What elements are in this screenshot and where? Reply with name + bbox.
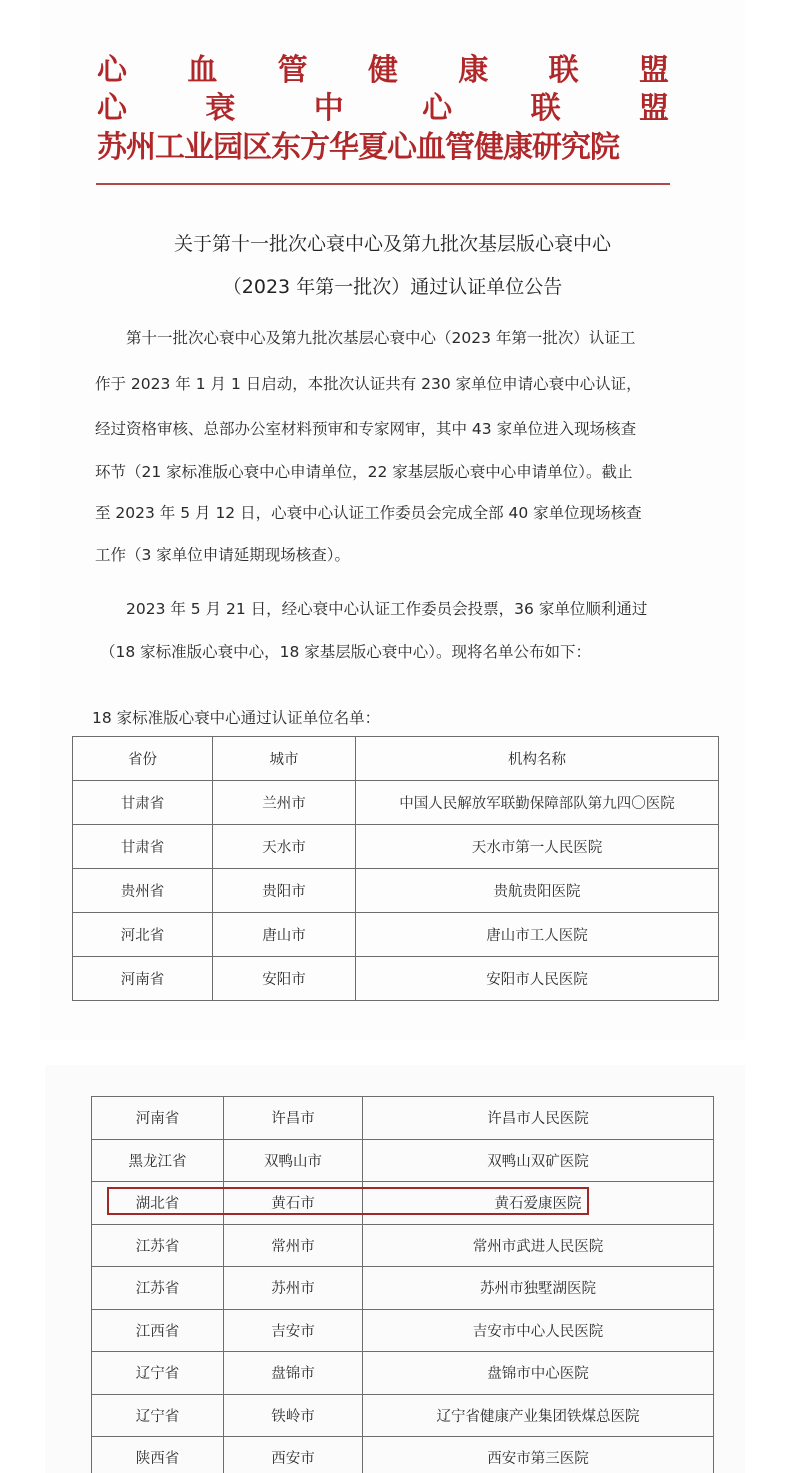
table-row: 甘肃省 天水市 天水市第一人民医院 — [73, 825, 719, 869]
table-row: 辽宁省 盘锦市 盘锦市中心医院 — [92, 1352, 714, 1395]
table-row: 江西省 吉安市 吉安市中心人民医院 — [92, 1309, 714, 1352]
table-row: 河北省 唐山市 唐山市工人医院 — [73, 913, 719, 957]
certified-units-table: 省份 城市 机构名称 甘肃省 兰州市 中国人民解放军联勤保障部队第九四〇医院 甘… — [72, 736, 719, 1001]
paragraph-2-line: 2023 年 5 月 21 日，经心衰中心认证工作委员会投票，36 家单位顺利通… — [95, 597, 675, 619]
table-row: 陕西省 西安市 西安市第三医院 — [92, 1437, 714, 1473]
letterhead-char: 心 — [97, 92, 127, 126]
certified-units-table-continued: 河南省 许昌市 许昌市人民医院 黑龙江省 双鸭山市 双鸭山双矿医院 湖北省 黄石… — [91, 1096, 714, 1473]
cell-province: 河南省 — [73, 957, 213, 1001]
cell-province: 河南省 — [92, 1097, 224, 1140]
cell-city: 常州市 — [224, 1224, 363, 1267]
paragraph-1-line: 作于 2023 年 1 月 1 日启动，本批次认证共有 230 家单位申请心衰中… — [95, 372, 675, 394]
cell-city: 唐山市 — [213, 913, 356, 957]
table-row: 贵州省 贵阳市 贵航贵阳医院 — [73, 869, 719, 913]
cell-institution: 西安市第三医院 — [363, 1437, 714, 1473]
paragraph-1-line: 环节（21 家标准版心衰中心申请单位，22 家基层版心衰中心申请单位）。截止 — [95, 460, 675, 482]
cell-city: 兰州市 — [213, 781, 356, 825]
letterhead-line-1: 心 血 管 健 康 联 盟 — [97, 54, 669, 88]
letterhead-char: 联 — [549, 54, 579, 88]
paragraph-1-line: 工作（3 家单位申请延期现场核查）。 — [95, 543, 675, 565]
cell-institution: 常州市武进人民医院 — [363, 1224, 714, 1267]
cell-province: 辽宁省 — [92, 1352, 224, 1395]
letterhead-char: 管 — [278, 54, 308, 88]
paragraph-1-line: 经过资格审核、总部办公室材料预审和专家网审，其中 43 家单位进入现场核查 — [95, 417, 675, 439]
cell-city: 双鸭山市 — [224, 1139, 363, 1182]
letterhead-char: 联 — [531, 92, 561, 126]
cell-institution: 许昌市人民医院 — [363, 1097, 714, 1140]
header-institution: 机构名称 — [356, 737, 719, 781]
letterhead-divider — [96, 183, 670, 185]
letterhead-char: 盟 — [639, 54, 669, 88]
table-row: 江苏省 苏州市 苏州市独墅湖医院 — [92, 1267, 714, 1310]
highlight-annotation-box — [107, 1187, 589, 1215]
cell-institution: 中国人民解放军联勤保障部队第九四〇医院 — [356, 781, 719, 825]
header-province: 省份 — [73, 737, 213, 781]
cell-city: 天水市 — [213, 825, 356, 869]
table-header-row: 省份 城市 机构名称 — [73, 737, 719, 781]
paragraph-1-line: 第十一批次心衰中心及第九批次基层心衰中心（2023 年第一批次）认证工 — [95, 326, 675, 348]
cell-province: 贵州省 — [73, 869, 213, 913]
table-row: 黑龙江省 双鸭山市 双鸭山双矿医院 — [92, 1139, 714, 1182]
cell-province: 江西省 — [92, 1309, 224, 1352]
cell-institution: 贵航贵阳医院 — [356, 869, 719, 913]
cell-institution: 安阳市人民医院 — [356, 957, 719, 1001]
cell-province: 江苏省 — [92, 1224, 224, 1267]
cell-institution: 双鸭山双矿医院 — [363, 1139, 714, 1182]
letterhead-char: 心 — [422, 92, 452, 126]
letterhead-char: 健 — [368, 54, 398, 88]
list-caption: 18 家标准版心衰中心通过认证单位名单： — [92, 706, 380, 728]
table-row: 甘肃省 兰州市 中国人民解放军联勤保障部队第九四〇医院 — [73, 781, 719, 825]
document-title-line-1: 关于第十一批次心衰中心及第九批次基层版心衰中心 — [0, 229, 785, 256]
letterhead-char: 康 — [458, 54, 488, 88]
cell-city: 吉安市 — [224, 1309, 363, 1352]
letterhead-char: 盟 — [639, 92, 669, 126]
cell-province: 甘肃省 — [73, 825, 213, 869]
paragraph-2-line: （18 家标准版心衰中心，18 家基层版心衰中心）。现将名单公布如下： — [100, 640, 680, 662]
letterhead-line-3: 苏州工业园区东方华夏心血管健康研究院 — [97, 131, 669, 165]
cell-province: 陕西省 — [92, 1437, 224, 1473]
letterhead-line-2: 心 衰 中 心 联 盟 — [97, 92, 669, 126]
letterhead-char: 心 — [97, 54, 127, 88]
cell-city: 西安市 — [224, 1437, 363, 1473]
cell-institution: 盘锦市中心医院 — [363, 1352, 714, 1395]
table-row: 河南省 安阳市 安阳市人民医院 — [73, 957, 719, 1001]
letterhead-char: 血 — [187, 54, 217, 88]
paragraph-1-line: 至 2023 年 5 月 12 日，心衰中心认证工作委员会完成全部 40 家单位… — [95, 501, 675, 523]
table-row: 江苏省 常州市 常州市武进人民医院 — [92, 1224, 714, 1267]
cell-province: 甘肃省 — [73, 781, 213, 825]
letterhead-char: 中 — [314, 92, 344, 126]
cell-city: 安阳市 — [213, 957, 356, 1001]
cell-institution: 天水市第一人民医院 — [356, 825, 719, 869]
cell-province: 黑龙江省 — [92, 1139, 224, 1182]
cell-province: 江苏省 — [92, 1267, 224, 1310]
table-row: 河南省 许昌市 许昌市人民医院 — [92, 1097, 714, 1140]
cell-institution: 苏州市独墅湖医院 — [363, 1267, 714, 1310]
cell-city: 盘锦市 — [224, 1352, 363, 1395]
cell-city: 许昌市 — [224, 1097, 363, 1140]
cell-province: 河北省 — [73, 913, 213, 957]
table-row: 辽宁省 铁岭市 辽宁省健康产业集团铁煤总医院 — [92, 1394, 714, 1437]
letterhead-char: 衰 — [205, 92, 235, 126]
cell-institution: 唐山市工人医院 — [356, 913, 719, 957]
cell-city: 苏州市 — [224, 1267, 363, 1310]
cell-city: 铁岭市 — [224, 1394, 363, 1437]
document-title-line-2: （2023 年第一批次）通过认证单位公告 — [0, 272, 785, 299]
cell-province: 辽宁省 — [92, 1394, 224, 1437]
cell-institution: 辽宁省健康产业集团铁煤总医院 — [363, 1394, 714, 1437]
header-city: 城市 — [213, 737, 356, 781]
cell-institution: 吉安市中心人民医院 — [363, 1309, 714, 1352]
cell-city: 贵阳市 — [213, 869, 356, 913]
